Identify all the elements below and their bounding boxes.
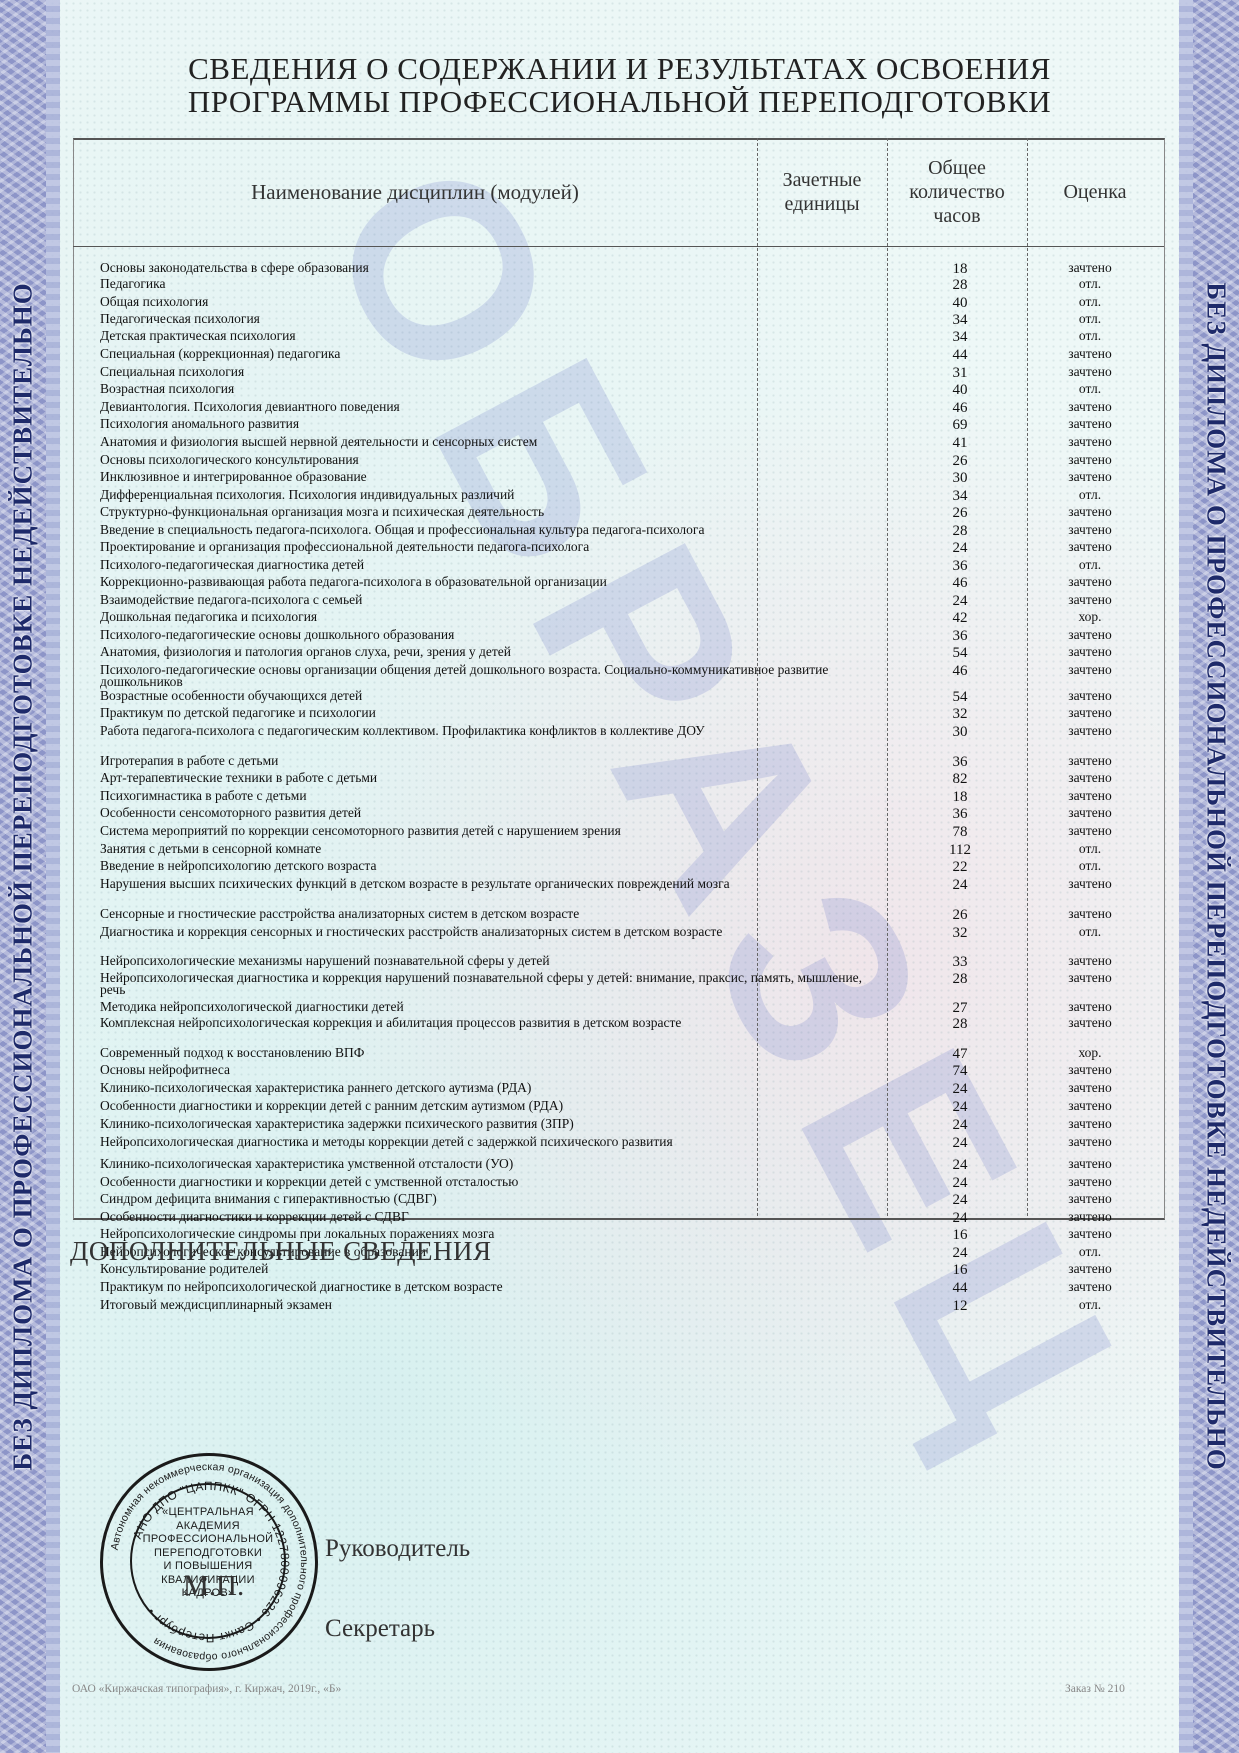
column-divider (887, 138, 888, 1216)
discipline-hours: 24 (920, 878, 1000, 892)
discipline-name: Нейропсихологические механизмы нарушений… (100, 955, 880, 967)
discipline-hours: 24 (920, 1158, 1000, 1172)
head-signature-label: Руководитель (325, 1535, 470, 1563)
discipline-name: Комплексная нейропсихологическая коррекц… (100, 1017, 880, 1029)
discipline-hours: 18 (920, 262, 1000, 276)
discipline-grade: зачтено (1030, 908, 1150, 920)
discipline-name: Система мероприятий по коррекции сенсомо… (100, 825, 880, 837)
discipline-grade: хор. (1030, 611, 1150, 623)
discipline-grade: отл. (1030, 860, 1150, 872)
discipline-hours: 24 (920, 594, 1000, 608)
discipline-grade: зачтено (1030, 1001, 1150, 1013)
discipline-name: Коррекционно-развивающая работа педагога… (100, 576, 880, 588)
discipline-name: Клинико-психологическая характеристика р… (100, 1082, 880, 1094)
discipline-hours: 33 (920, 955, 1000, 969)
discipline-grade: отл. (1030, 383, 1150, 395)
discipline-grade: хор. (1030, 1047, 1150, 1059)
discipline-grade: зачтено (1030, 725, 1150, 737)
discipline-hours: 36 (920, 755, 1000, 769)
discipline-grade: отл. (1030, 313, 1150, 325)
discipline-name: Сенсорные и гностические расстройства ан… (100, 908, 880, 920)
discipline-hours: 24 (920, 1193, 1000, 1207)
discipline-grade: зачтено (1030, 772, 1150, 784)
discipline-grade: отл. (1030, 843, 1150, 855)
discipline-hours: 24 (920, 1118, 1000, 1132)
discipline-grade: отл. (1030, 1246, 1150, 1258)
discipline-name: Психолого-педагогические основы дошкольн… (100, 629, 880, 641)
discipline-hours: 78 (920, 825, 1000, 839)
discipline-name: Специальная (коррекционная) педагогика (100, 348, 880, 360)
discipline-hours: 69 (920, 418, 1000, 432)
discipline-grade: зачтено (1030, 878, 1150, 890)
discipline-hours: 42 (920, 611, 1000, 625)
discipline-name: Нейропсихологическая диагностика и корре… (100, 972, 880, 996)
discipline-name: Проектирование и организация профессиона… (100, 541, 880, 553)
stamp-center-line: АКАДЕМИЯ (133, 1520, 283, 1534)
discipline-grade: зачтено (1030, 755, 1150, 767)
discipline-name: Возрастные особенности обучающихся детей (100, 690, 880, 702)
discipline-grade: зачтено (1030, 366, 1150, 378)
discipline-grade: зачтено (1030, 1082, 1150, 1094)
discipline-grade: зачтено (1030, 436, 1150, 448)
discipline-hours: 40 (920, 296, 1000, 310)
discipline-grade: зачтено (1030, 506, 1150, 518)
discipline-name: Особенности диагностики и коррекции дете… (100, 1176, 880, 1188)
discipline-hours: 41 (920, 436, 1000, 450)
header-hours: Общее количество часов (888, 156, 1026, 228)
order-number: Заказ № 210 (1065, 1683, 1125, 1695)
discipline-grade: зачтено (1030, 471, 1150, 483)
title-line-1: СВЕДЕНИЯ О СОДЕРЖАНИИ И РЕЗУЛЬТАТАХ ОСВО… (0, 52, 1239, 85)
discipline-name: Взаимодействие педагога-психолога с семь… (100, 594, 880, 606)
discipline-hours: 30 (920, 471, 1000, 485)
discipline-grade: зачтено (1030, 1118, 1150, 1130)
left-inner-border (46, 0, 60, 1753)
discipline-hours: 24 (920, 1082, 1000, 1096)
discipline-name: Структурно-функциональная организация мо… (100, 506, 880, 518)
discipline-grade: зачтено (1030, 1064, 1150, 1076)
discipline-grade: зачтено (1030, 690, 1150, 702)
discipline-grade: зачтено (1030, 807, 1150, 819)
discipline-grade: отл. (1030, 1299, 1150, 1311)
stamp-center-line: ПРОФЕССИОНАЛЬНОЙ (133, 1533, 283, 1547)
discipline-grade: зачтено (1030, 972, 1150, 984)
discipline-name: Основы психологического консультирования (100, 454, 880, 466)
discipline-name: Практикум по детской педагогике и психол… (100, 707, 880, 719)
discipline-name: Работа педагога-психолога с педагогическ… (100, 725, 880, 737)
discipline-name: Практикум по нейропсихологической диагно… (100, 1281, 880, 1293)
discipline-name: Педагогика (100, 278, 880, 290)
discipline-hours: 24 (920, 541, 1000, 555)
discipline-hours: 47 (920, 1047, 1000, 1061)
discipline-hours: 30 (920, 725, 1000, 739)
discipline-hours: 34 (920, 313, 1000, 327)
discipline-name: Итоговый междисциплинарный экзамен (100, 1299, 880, 1311)
discipline-hours: 31 (920, 366, 1000, 380)
discipline-grade: отл. (1030, 330, 1150, 342)
discipline-name: Особенности диагностики и коррекции дете… (100, 1211, 880, 1223)
discipline-hours: 28 (920, 278, 1000, 292)
stamp-center-line: ПЕРЕПОДГОТОВКИ (133, 1547, 283, 1561)
discipline-grade: зачтено (1030, 401, 1150, 413)
discipline-name: Введение в специальность педагога-психол… (100, 524, 880, 536)
discipline-hours: 26 (920, 908, 1000, 922)
discipline-grade: отл. (1030, 559, 1150, 571)
discipline-grade: зачтено (1030, 646, 1150, 658)
discipline-grade: зачтено (1030, 790, 1150, 802)
discipline-name: Психология аномального развития (100, 418, 880, 430)
discipline-hours: 24 (920, 1100, 1000, 1114)
discipline-name: Возрастная психология (100, 383, 880, 395)
discipline-hours: 26 (920, 454, 1000, 468)
right-side-notice-text: БЕЗ ДИПЛОМА О ПРОФЕССИОНАЛЬНОЙ ПЕРЕПОДГО… (1201, 282, 1232, 1470)
discipline-hours: 16 (920, 1263, 1000, 1277)
discipline-hours: 36 (920, 807, 1000, 821)
discipline-name: Психолого-педагогическая диагностика дет… (100, 559, 880, 571)
header-credits-line1: Зачетные (758, 168, 886, 192)
discipline-name: Игротерапия в работе с детьми (100, 755, 880, 767)
left-side-notice-text: БЕЗ ДИПЛОМА О ПРОФЕССИОНАЛЬНОЙ ПЕРЕПОДГО… (8, 282, 39, 1470)
header-grade: Оценка (1028, 180, 1162, 204)
discipline-grade: зачтено (1030, 825, 1150, 837)
discipline-grade: зачтено (1030, 629, 1150, 641)
discipline-hours: 44 (920, 1281, 1000, 1295)
discipline-grade: зачтено (1030, 1100, 1150, 1112)
discipline-hours: 46 (920, 401, 1000, 415)
left-side-notice: БЕЗ ДИПЛОМА О ПРОФЕССИОНАЛЬНОЙ ПЕРЕПОДГО… (0, 0, 46, 1753)
discipline-name: Диагностика и коррекция сенсорных и гнос… (100, 926, 880, 938)
discipline-grade: зачтено (1030, 418, 1150, 430)
discipline-hours: 32 (920, 707, 1000, 721)
discipline-name: Основы законодательства в сфере образова… (100, 262, 880, 274)
discipline-grade: зачтено (1030, 1263, 1150, 1275)
title-line-2: ПРОГРАММЫ ПРОФЕССИОНАЛЬНОЙ ПЕРЕПОДГОТОВК… (0, 85, 1239, 118)
discipline-hours: 27 (920, 1001, 1000, 1015)
discipline-name: Введение в нейропсихологию детского возр… (100, 860, 880, 872)
discipline-grade: зачтено (1030, 454, 1150, 466)
discipline-grade: зачтено (1030, 594, 1150, 606)
discipline-hours: 46 (920, 576, 1000, 590)
discipline-hours: 24 (920, 1176, 1000, 1190)
discipline-grade: отл. (1030, 926, 1150, 938)
right-side-notice: БЕЗ ДИПЛОМА О ПРОФЕССИОНАЛЬНОЙ ПЕРЕПОДГО… (1193, 0, 1239, 1753)
discipline-hours: 24 (920, 1246, 1000, 1260)
discipline-grade: зачтено (1030, 348, 1150, 360)
discipline-grade: зачтено (1030, 1176, 1150, 1188)
discipline-grade: отл. (1030, 296, 1150, 308)
secretary-signature-label: Секретарь (325, 1615, 435, 1643)
discipline-name: Инклюзивное и интегрированное образовани… (100, 471, 880, 483)
discipline-name: Занятия с детьми в сенсорной комнате (100, 843, 880, 855)
discipline-name: Особенности сенсомоторного развития дете… (100, 807, 880, 819)
discipline-hours: 26 (920, 506, 1000, 520)
discipline-name: Девиантология. Психология девиантного по… (100, 401, 880, 413)
discipline-hours: 34 (920, 330, 1000, 344)
discipline-grade: отл. (1030, 489, 1150, 501)
discipline-name: Педагогическая психология (100, 313, 880, 325)
header-hours-line3: часов (888, 204, 1026, 228)
discipline-name: Нейропсихологическая диагностика и метод… (100, 1136, 880, 1148)
discipline-hours: 18 (920, 790, 1000, 804)
discipline-hours: 74 (920, 1064, 1000, 1078)
header-divider (73, 246, 1164, 247)
discipline-name: Анатомия и физиология высшей нервной дея… (100, 436, 880, 448)
printer-info: ОАО «Киржачская типография», г. Киржач, … (72, 1683, 341, 1695)
discipline-grade: зачтено (1030, 707, 1150, 719)
header-credits: Зачетные единицы (758, 168, 886, 216)
discipline-name: Общая психология (100, 296, 880, 308)
discipline-grade: зачтено (1030, 955, 1150, 967)
discipline-hours: 24 (920, 1211, 1000, 1225)
discipline-hours: 12 (920, 1299, 1000, 1313)
discipline-hours: 54 (920, 690, 1000, 704)
discipline-name: Клинико-психологическая характеристика у… (100, 1158, 880, 1170)
discipline-name: Анатомия, физиология и патология органов… (100, 646, 880, 658)
discipline-hours: 34 (920, 489, 1000, 503)
discipline-hours: 24 (920, 1136, 1000, 1150)
discipline-grade: зачтено (1030, 1281, 1150, 1293)
official-stamp: Автономная некоммерческая организация до… (100, 1453, 318, 1671)
discipline-grade: зачтено (1030, 262, 1150, 274)
stamp-center-line: «ЦЕНТРАЛЬНАЯ (133, 1506, 283, 1520)
header-credits-line2: единицы (758, 192, 886, 216)
discipline-name: Психолого-педагогические основы организа… (100, 664, 880, 688)
discipline-name: Детская практическая психология (100, 330, 880, 342)
discipline-hours: 32 (920, 926, 1000, 940)
discipline-hours: 112 (920, 843, 1000, 857)
discipline-hours: 82 (920, 772, 1000, 786)
discipline-hours: 16 (920, 1228, 1000, 1242)
stamp-place-label: М.П. (183, 1570, 244, 1603)
discipline-hours: 36 (920, 559, 1000, 573)
discipline-hours: 40 (920, 383, 1000, 397)
header-hours-line1: Общее (888, 156, 1026, 180)
discipline-name: Методика нейропсихологической диагностик… (100, 1001, 880, 1013)
header-discipline-name: Наименование дисциплин (модулей) (75, 180, 755, 204)
discipline-hours: 44 (920, 348, 1000, 362)
discipline-grade: зачтено (1030, 1017, 1150, 1029)
column-divider (1027, 138, 1028, 1216)
discipline-name: Клинико-психологическая характеристика з… (100, 1118, 880, 1130)
discipline-grade: зачтено (1030, 541, 1150, 553)
document-title: СВЕДЕНИЯ О СОДЕРЖАНИИ И РЕЗУЛЬТАТАХ ОСВО… (0, 52, 1239, 118)
discipline-grade: зачтено (1030, 576, 1150, 588)
discipline-name: Особенности диагностики и коррекции дете… (100, 1100, 880, 1112)
discipline-hours: 54 (920, 646, 1000, 660)
discipline-grade: отл. (1030, 278, 1150, 290)
discipline-hours: 46 (920, 664, 1000, 678)
discipline-hours: 28 (920, 972, 1000, 986)
discipline-name: Дифференциальная психология. Психология … (100, 489, 880, 501)
discipline-grade: зачтено (1030, 524, 1150, 536)
discipline-name: Основы нейрофитнеса (100, 1064, 880, 1076)
discipline-grade: зачтено (1030, 1228, 1150, 1240)
discipline-grade: зачтено (1030, 1193, 1150, 1205)
discipline-name: Дошкольная педагогика и психология (100, 611, 880, 623)
discipline-grade: зачтено (1030, 1211, 1150, 1223)
discipline-hours: 28 (920, 524, 1000, 538)
discipline-name: Арт-терапевтические техники в работе с д… (100, 772, 880, 784)
additional-info-title: ДОПОЛНИТЕЛЬНЫЕ СВЕДЕНИЯ (70, 1236, 492, 1267)
discipline-name: Психогимнастика в работе с детьми (100, 790, 880, 802)
discipline-name: Синдром дефицита внимания с гиперактивно… (100, 1193, 880, 1205)
discipline-grade: зачтено (1030, 1158, 1150, 1170)
discipline-name: Нарушения высших психических функций в д… (100, 878, 880, 890)
discipline-name: Современный подход к восстановлению ВПФ (100, 1047, 880, 1059)
right-inner-border (1179, 0, 1193, 1753)
discipline-hours: 36 (920, 629, 1000, 643)
discipline-grade: зачтено (1030, 1136, 1150, 1148)
header-hours-line2: количество (888, 180, 1026, 204)
discipline-name: Специальная психология (100, 366, 880, 378)
discipline-hours: 22 (920, 860, 1000, 874)
discipline-grade: зачтено (1030, 664, 1150, 676)
discipline-hours: 28 (920, 1017, 1000, 1031)
